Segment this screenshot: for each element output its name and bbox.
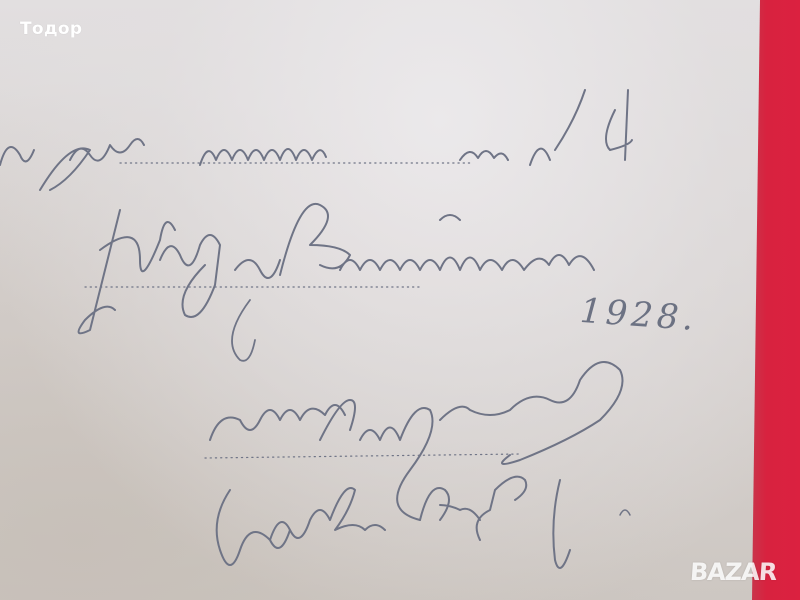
- handwritten-year: 1928.: [579, 291, 699, 339]
- username-watermark: Тодор: [20, 19, 82, 39]
- document-photo: 1928.: [0, 0, 800, 600]
- bazar-logo-watermark: BAZAR: [689, 558, 777, 586]
